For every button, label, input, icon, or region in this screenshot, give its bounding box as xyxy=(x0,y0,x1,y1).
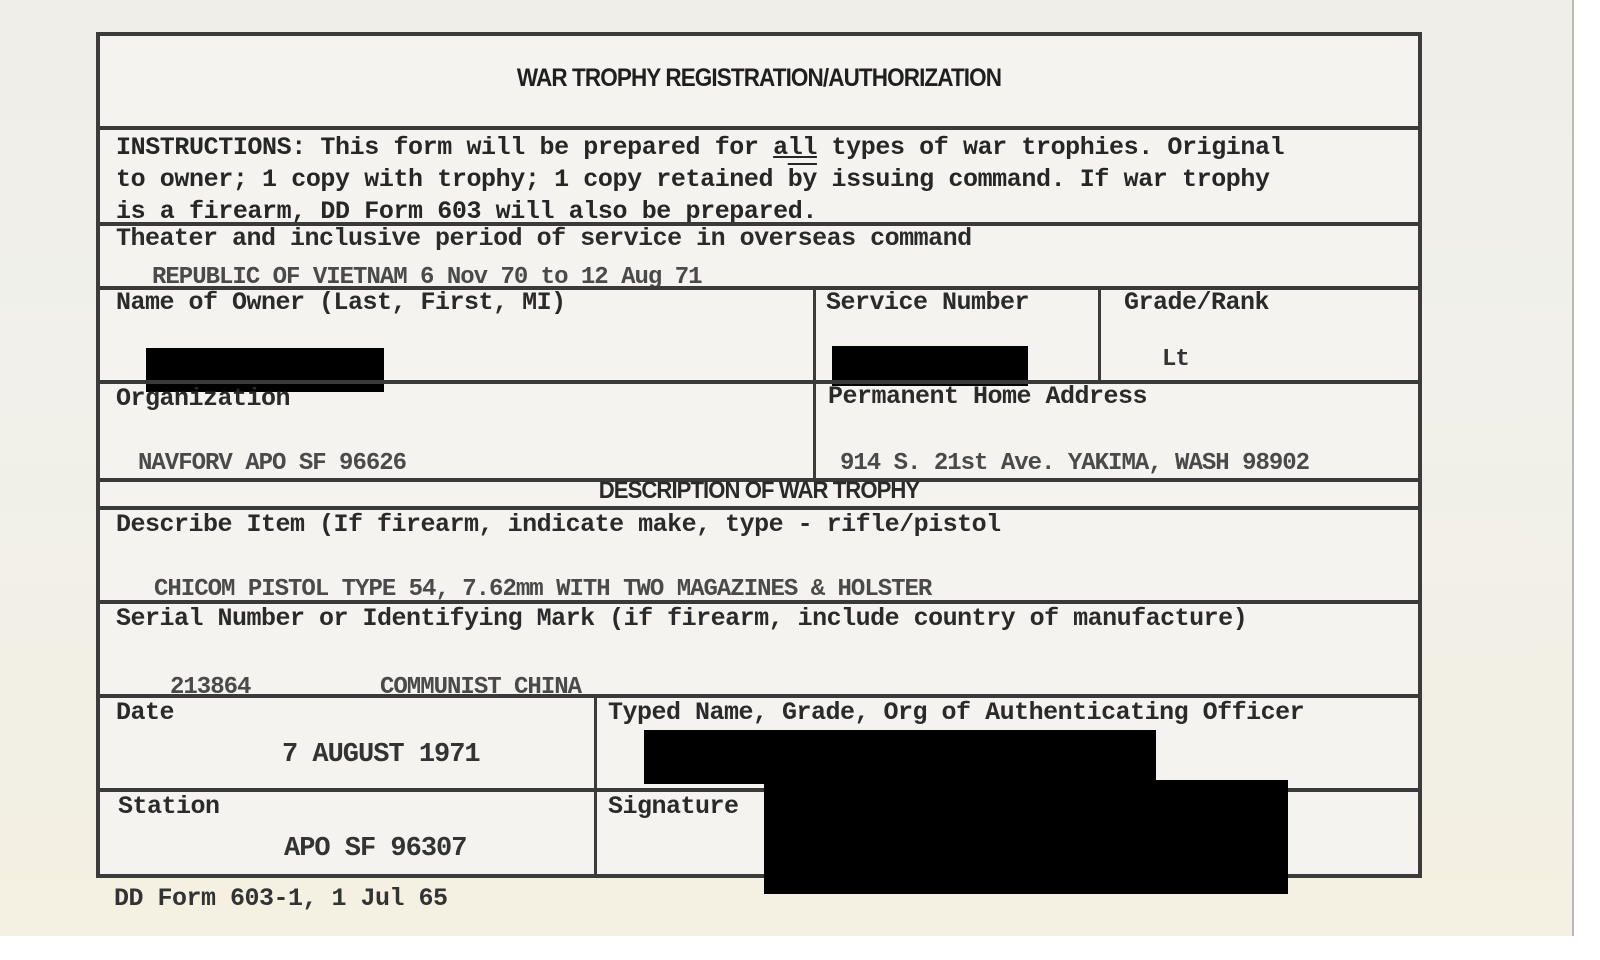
column-divider xyxy=(813,286,816,482)
instructions-line1: INSTRUCTIONS: This form will be prepared… xyxy=(116,133,773,162)
home-address-label: Permanent Home Address xyxy=(828,382,1147,411)
form-number-footer: DD Form 603-1, 1 Jul 65 xyxy=(114,884,448,913)
owner-name-label: Name of Owner (Last, First, MI) xyxy=(116,288,566,317)
war-trophy-form: WAR TROPHY REGISTRATION/AUTHORIZATION IN… xyxy=(96,32,1422,878)
station-label: Station xyxy=(118,792,220,821)
description-section-title: DESCRIPTION OF WAR TROPHY xyxy=(153,477,1366,505)
column-divider xyxy=(594,694,597,878)
grade-rank-label: Grade/Rank xyxy=(1124,288,1269,317)
date-label: Date xyxy=(116,698,174,727)
service-number-label: Service Number xyxy=(826,288,1029,317)
authenticating-officer-redaction xyxy=(644,730,1156,784)
signature-label: Signature xyxy=(608,792,739,821)
theater-label: Theater and inclusive period of service … xyxy=(116,224,972,253)
column-divider xyxy=(1098,286,1101,382)
instructions-emphasis-all: all xyxy=(773,133,817,162)
instructions-emphasis-by: by xyxy=(788,165,817,194)
divider xyxy=(100,380,1418,384)
instructions-line1-end: types of war trophies. Original xyxy=(817,133,1284,162)
serial-number-label: Serial Number or Identifying Mark (if fi… xyxy=(116,604,1247,633)
divider xyxy=(100,126,1418,130)
grade-rank-value[interactable]: Lt xyxy=(1162,346,1189,373)
instructions-text: INSTRUCTIONS: This form will be prepared… xyxy=(116,132,1416,228)
authenticating-officer-label: Typed Name, Grade, Org of Authenticating… xyxy=(608,698,1304,727)
instructions-line2: to owner; 1 copy with trophy; 1 copy ret… xyxy=(116,165,788,194)
describe-item-label: Describe Item (If firearm, indicate make… xyxy=(116,510,1001,539)
signature-redaction xyxy=(764,780,1288,894)
paper-sheet: WAR TROPHY REGISTRATION/AUTHORIZATION IN… xyxy=(0,0,1574,936)
date-value[interactable]: 7 AUGUST 1971 xyxy=(282,740,480,770)
form-title: WAR TROPHY REGISTRATION/AUTHORIZATION xyxy=(166,64,1352,93)
organization-value[interactable]: NAVFORV APO SF 96626 xyxy=(138,450,406,477)
station-value[interactable]: APO SF 96307 xyxy=(284,834,466,864)
instructions-line2-end: issuing command. If war trophy xyxy=(817,165,1270,194)
organization-label: Organization xyxy=(116,384,290,413)
home-address-value[interactable]: 914 S. 21st Ave. YAKIMA, WASH 98902 xyxy=(840,450,1309,477)
describe-item-value[interactable]: CHICOM PISTOL TYPE 54, 7.62mm WITH TWO M… xyxy=(154,576,931,603)
